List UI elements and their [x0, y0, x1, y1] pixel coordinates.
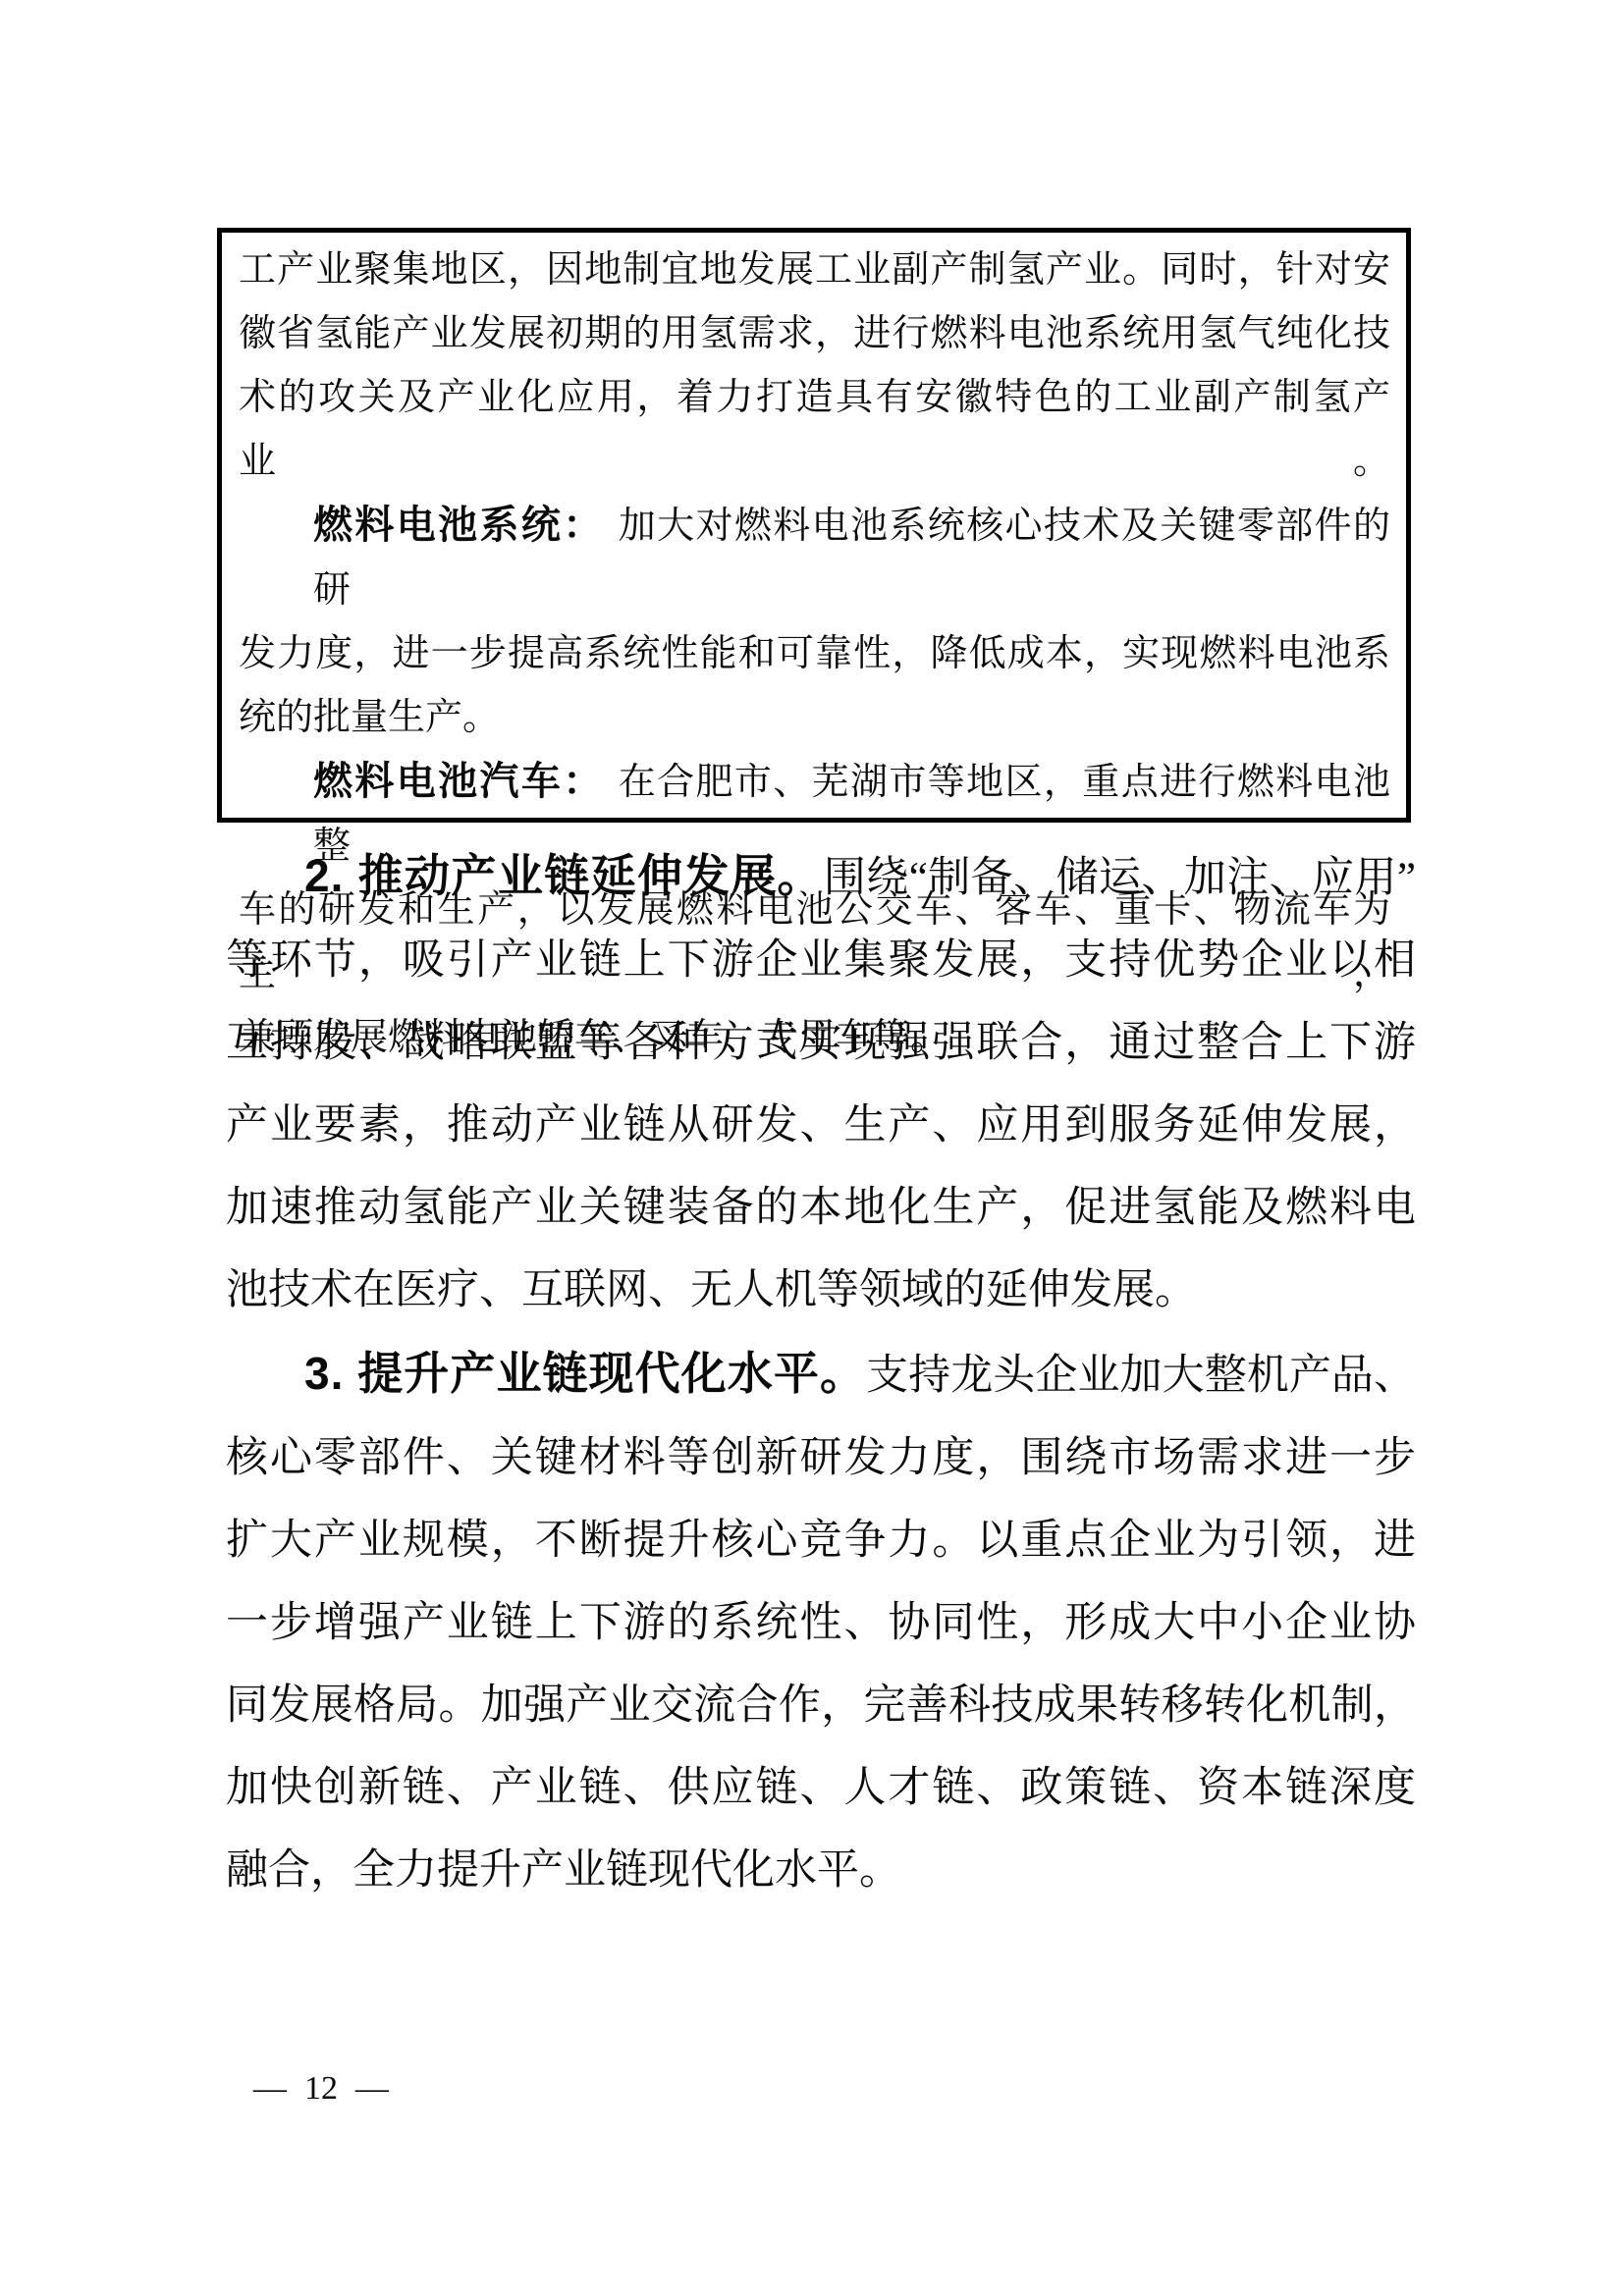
paragraph-2-first-line-text: 围绕“制备、储运、加注、应用”	[824, 855, 1416, 901]
paragraph-2-line-2: 等环节，吸引产业链上下游企业集聚发展，支持优势企业以相	[226, 920, 1416, 1002]
paragraph-3-line-3: 扩大产业规模，不断提升核心竞争力。以重点企业为引领，进	[226, 1500, 1416, 1582]
paragraph-3-line-6: 加快创新链、产业链、供应链、人才链、政策链、资本链深度	[226, 1747, 1416, 1830]
body-text: 2. 推动产业链延伸发展。围绕“制备、储运、加注、应用” 等环节，吸引产业链上下…	[226, 834, 1416, 1912]
page-footer: —12—	[253, 2067, 389, 2110]
paragraph-3-first-line: 3. 提升产业链现代化水平。支持龙头企业加大整机产品、	[226, 1332, 1416, 1417]
paragraph-3-first-line-text: 支持龙头企业加大整机产品、	[866, 1353, 1416, 1399]
footer-left-dash: —	[253, 2070, 287, 2107]
callout-line-4: 燃料电池系统：加大对燃料电池系统核心技术及关键零部件的研	[239, 494, 1390, 622]
fuel-cell-system-label: 燃料电池系统：	[313, 504, 605, 547]
callout-line-6: 统的批量生产。	[239, 686, 1390, 750]
boxed-callout: 工产业聚集地区，因地制宜地发展工业副产制氢产业。同时，针对安 徽省氢能产业发展初…	[217, 228, 1411, 823]
paragraph-3-line-2: 核心零部件、关键材料等创新研发力度，围绕市场需求进一步	[226, 1417, 1416, 1500]
paragraph-3-line-7: 融合，全力提升产业链现代化水平。	[226, 1830, 1416, 1912]
document-page: 工产业聚集地区，因地制宜地发展工业副产制氢产业。同时，针对安 徽省氢能产业发展初…	[0, 0, 1624, 2296]
callout-line-1: 工产业聚集地区，因地制宜地发展工业副产制氢产业。同时，针对安	[239, 239, 1390, 302]
paragraph-2-line-6: 池技术在医疗、互联网、无人机等领域的延伸发展。	[226, 1250, 1416, 1332]
callout-line-5: 发力度，进一步提高系统性能和可靠性，降低成本，实现燃料电池系	[239, 622, 1390, 686]
paragraph-2-first-line: 2. 推动产业链延伸发展。围绕“制备、储运、加注、应用”	[226, 834, 1416, 920]
paragraph-3-heading: 3. 提升产业链现代化水平。	[304, 1348, 866, 1399]
paragraph-3-line-4: 一步增强产业链上下游的系统性、协同性，形成大中小企业协	[226, 1582, 1416, 1665]
footer-right-dash: —	[355, 2070, 389, 2107]
paragraph-2-line-5: 加速推动氢能产业关键装备的本地化生产，促进氢能及燃料电	[226, 1167, 1416, 1250]
page-number: 12	[304, 2070, 338, 2107]
callout-line-2: 徽省氢能产业发展初期的用氢需求，进行燃料电池系统用氢气纯化技	[239, 302, 1390, 366]
paragraph-2-line-3: 互持股、战略联盟等各种方式实现强强联合，通过整合上下游	[226, 1002, 1416, 1085]
paragraph-2-heading: 2. 推动产业链延伸发展。	[304, 850, 824, 901]
callout-line-3: 术的攻关及产业化应用，着力打造具有安徽特色的工业副产制氢产业。	[239, 366, 1390, 494]
fuel-cell-vehicle-label: 燃料电池汽车：	[313, 760, 605, 803]
paragraph-2-line-4: 产业要素，推动产业链从研发、生产、应用到服务延伸发展，	[226, 1085, 1416, 1167]
paragraph-3-line-5: 同发展格局。加强产业交流合作，完善科技成果转移转化机制，	[226, 1665, 1416, 1747]
